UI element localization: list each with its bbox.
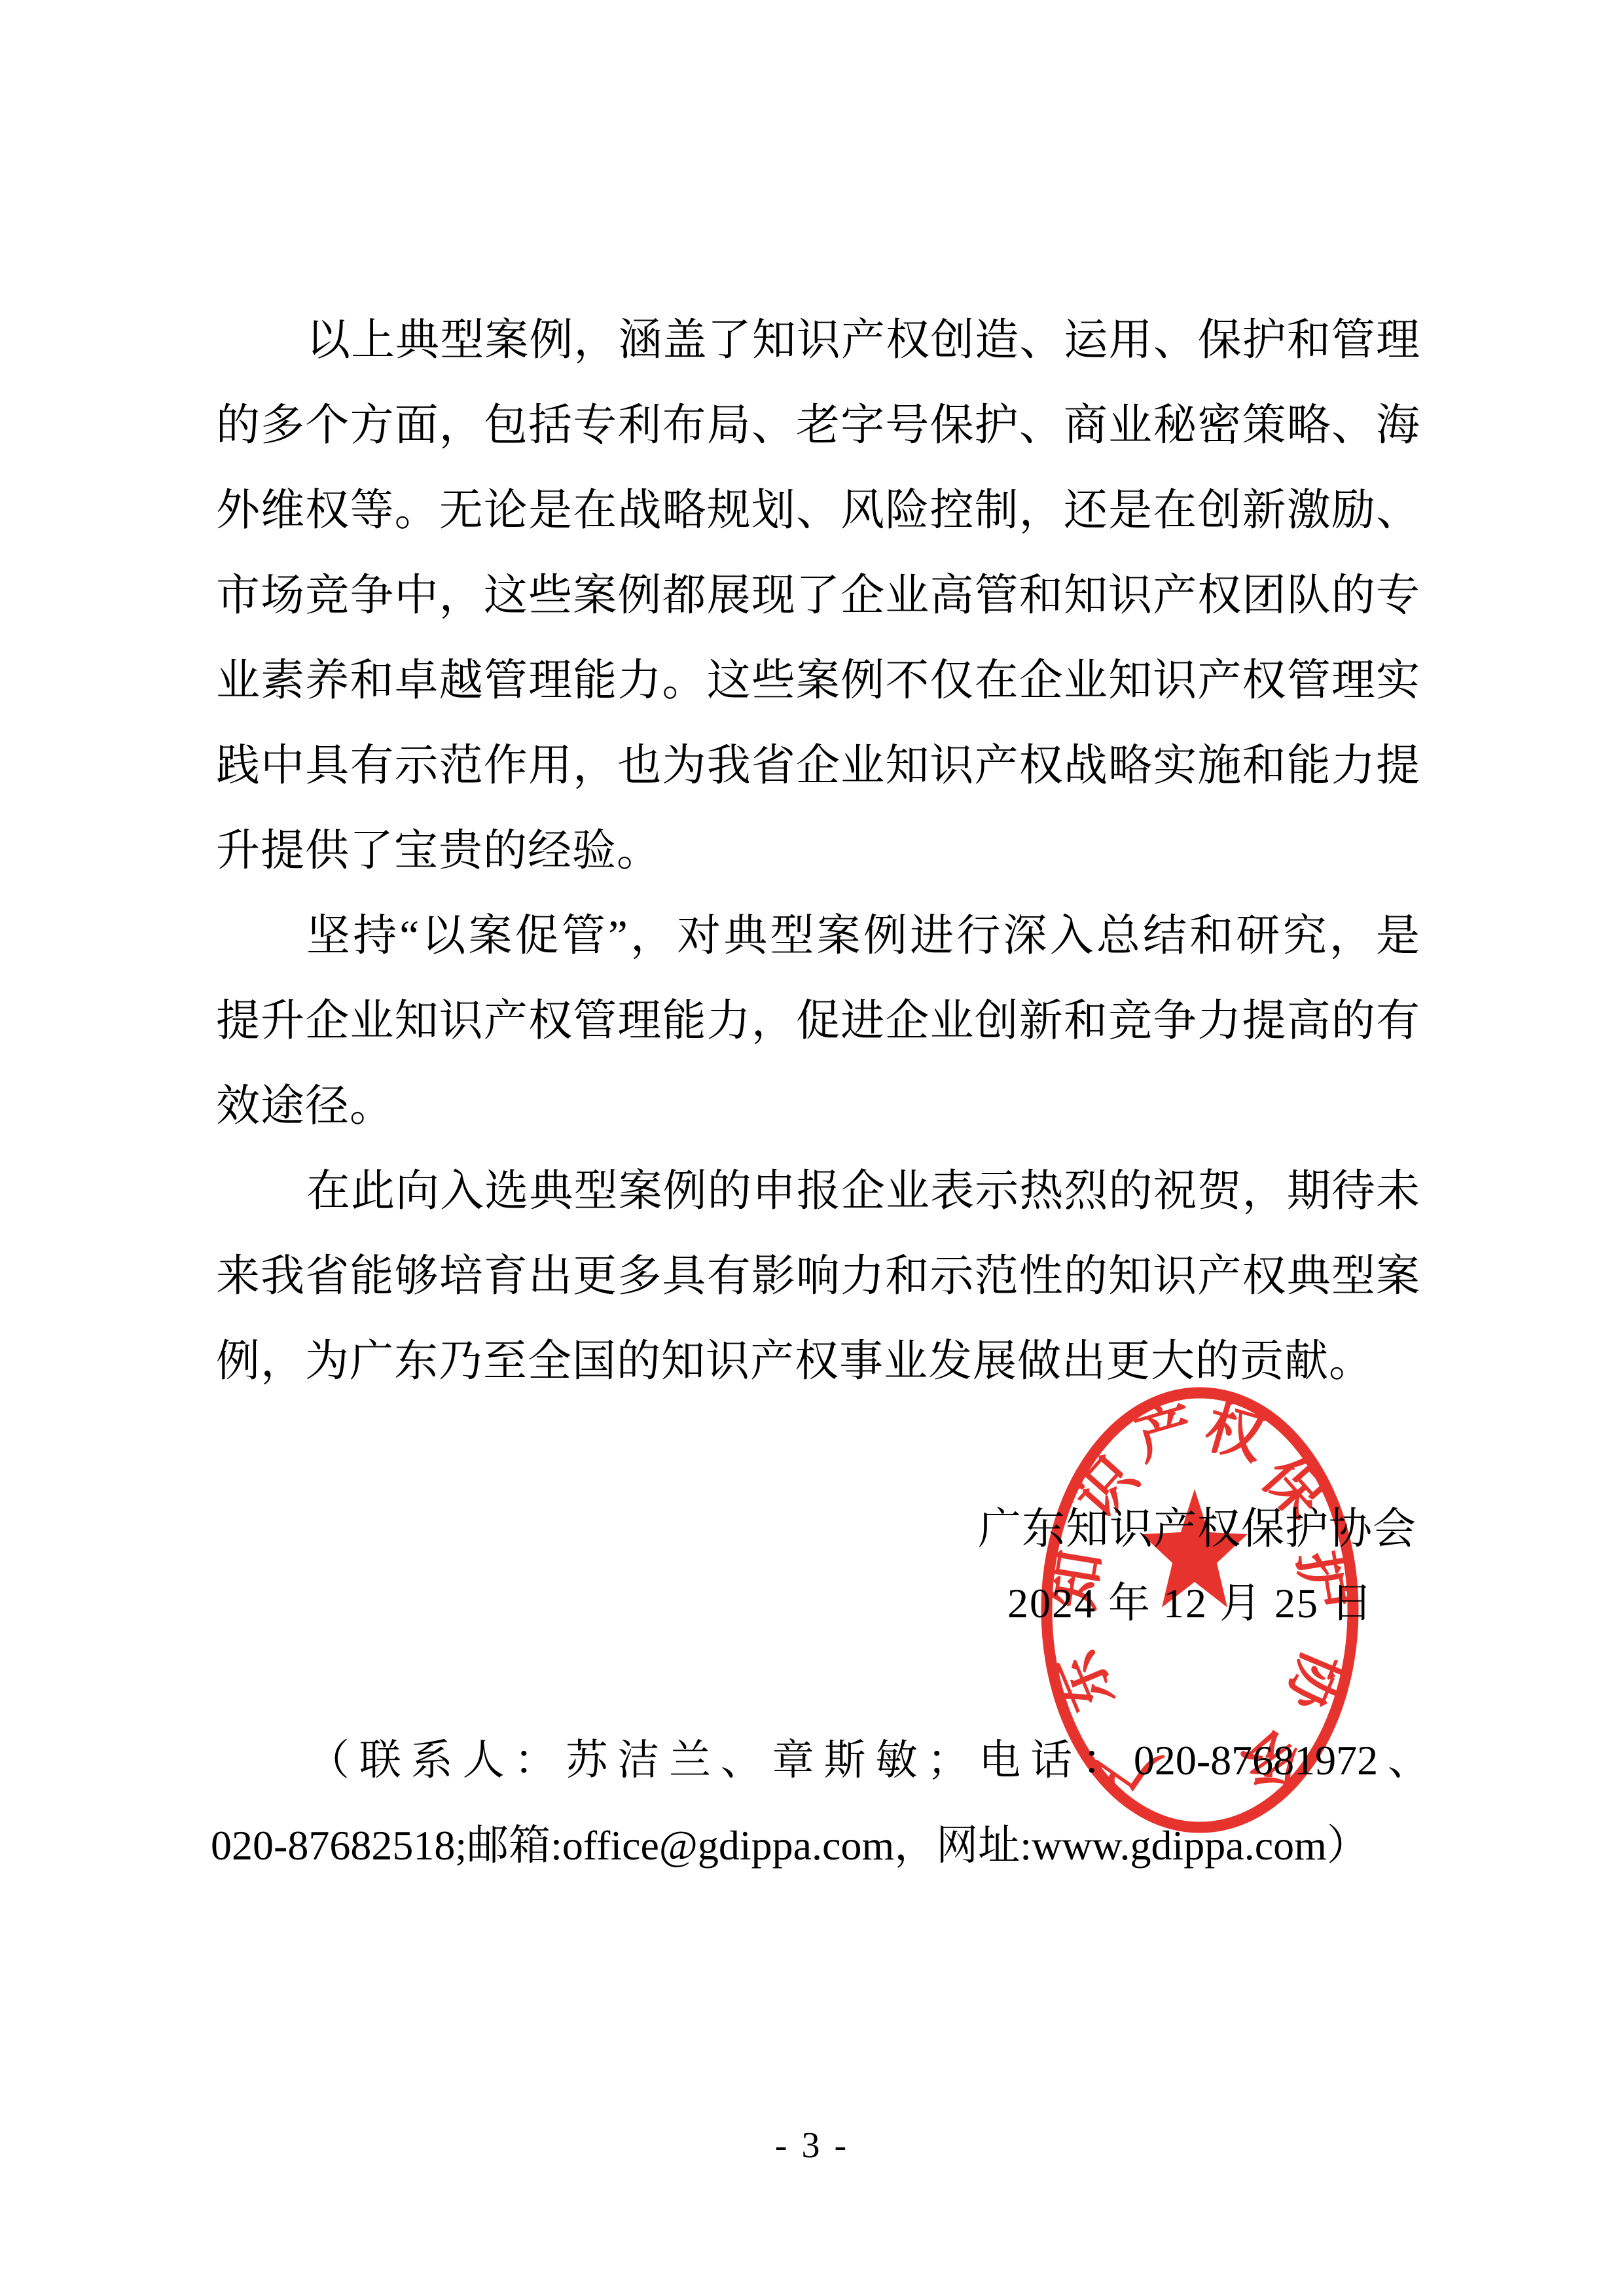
seal-arc-char: 产 (1128, 1395, 1201, 1473)
body-text-line: 在此向入选典型案例的申报企业表示热烈的祝贺，期待未 (216, 1149, 1420, 1234)
contact-line-1: （联系人：苏洁兰、章斯敏；电话：020-87681972、 (211, 1718, 1430, 1803)
body-text-line: 升提供了宝贵的经验。 (216, 808, 1420, 893)
body-text-line: 外维权等。无论是在战略规划、风险控制，还是在创新激励、 (216, 468, 1420, 553)
signature-org: 广东知识产权保护协会 (978, 1487, 1416, 1572)
body-text-line: 以上典型案例，涵盖了知识产权创造、运用、保护和管理 (216, 298, 1420, 383)
signature-date: 2024 年 12 月 25 日 (1007, 1561, 1374, 1646)
contact-block: （联系人：苏洁兰、章斯敏；电话：020-87681972、 020-876825… (211, 1718, 1430, 1888)
body-text-line: 例，为广东乃至全国的知识产权事业发展做出更大的贡献。 (216, 1319, 1420, 1404)
document-page: 以上典型案例，涵盖了知识产权创造、运用、保护和管理 的多个方面，包括专利布局、老… (0, 0, 1624, 2296)
body-text-line: 来我省能够培育出更多具有影响力和示范性的知识产权典型案 (216, 1234, 1420, 1319)
body-text-line: 的多个方面，包括专利布局、老字号保护、商业秘密策略、海 (216, 383, 1420, 468)
contact-line-2: 020-87682518;邮箱:office@gdippa.com，网址:www… (211, 1803, 1430, 1888)
body-text-line: 坚持“以案促管”，对典型案例进行深入总结和研究，是 (216, 893, 1420, 978)
seal-arc-char: 权 (1198, 1395, 1271, 1473)
body-text-line: 市场竞争中，这些案例都展现了企业高管和知识产权团队的专 (216, 553, 1420, 638)
seal-arc-char: 东 (1045, 1642, 1126, 1720)
body-text-line: 践中具有示范作用，也为我省企业知识产权战略实施和能力提 (216, 723, 1420, 808)
seal-arc-char: 协 (1273, 1642, 1355, 1721)
body-text-line: 效途径。 (216, 1064, 1420, 1149)
body-text-line: 业素养和卓越管理能力。这些案例不仅在企业知识产权管理实 (216, 638, 1420, 723)
page-number: - 3 - (0, 2122, 1624, 2169)
document-body: 以上典型案例，涵盖了知识产权创造、运用、保护和管理 的多个方面，包括专利布局、老… (216, 298, 1420, 1404)
body-text-line: 提升企业知识产权管理能力，促进企业创新和竞争力提高的有 (216, 978, 1420, 1064)
